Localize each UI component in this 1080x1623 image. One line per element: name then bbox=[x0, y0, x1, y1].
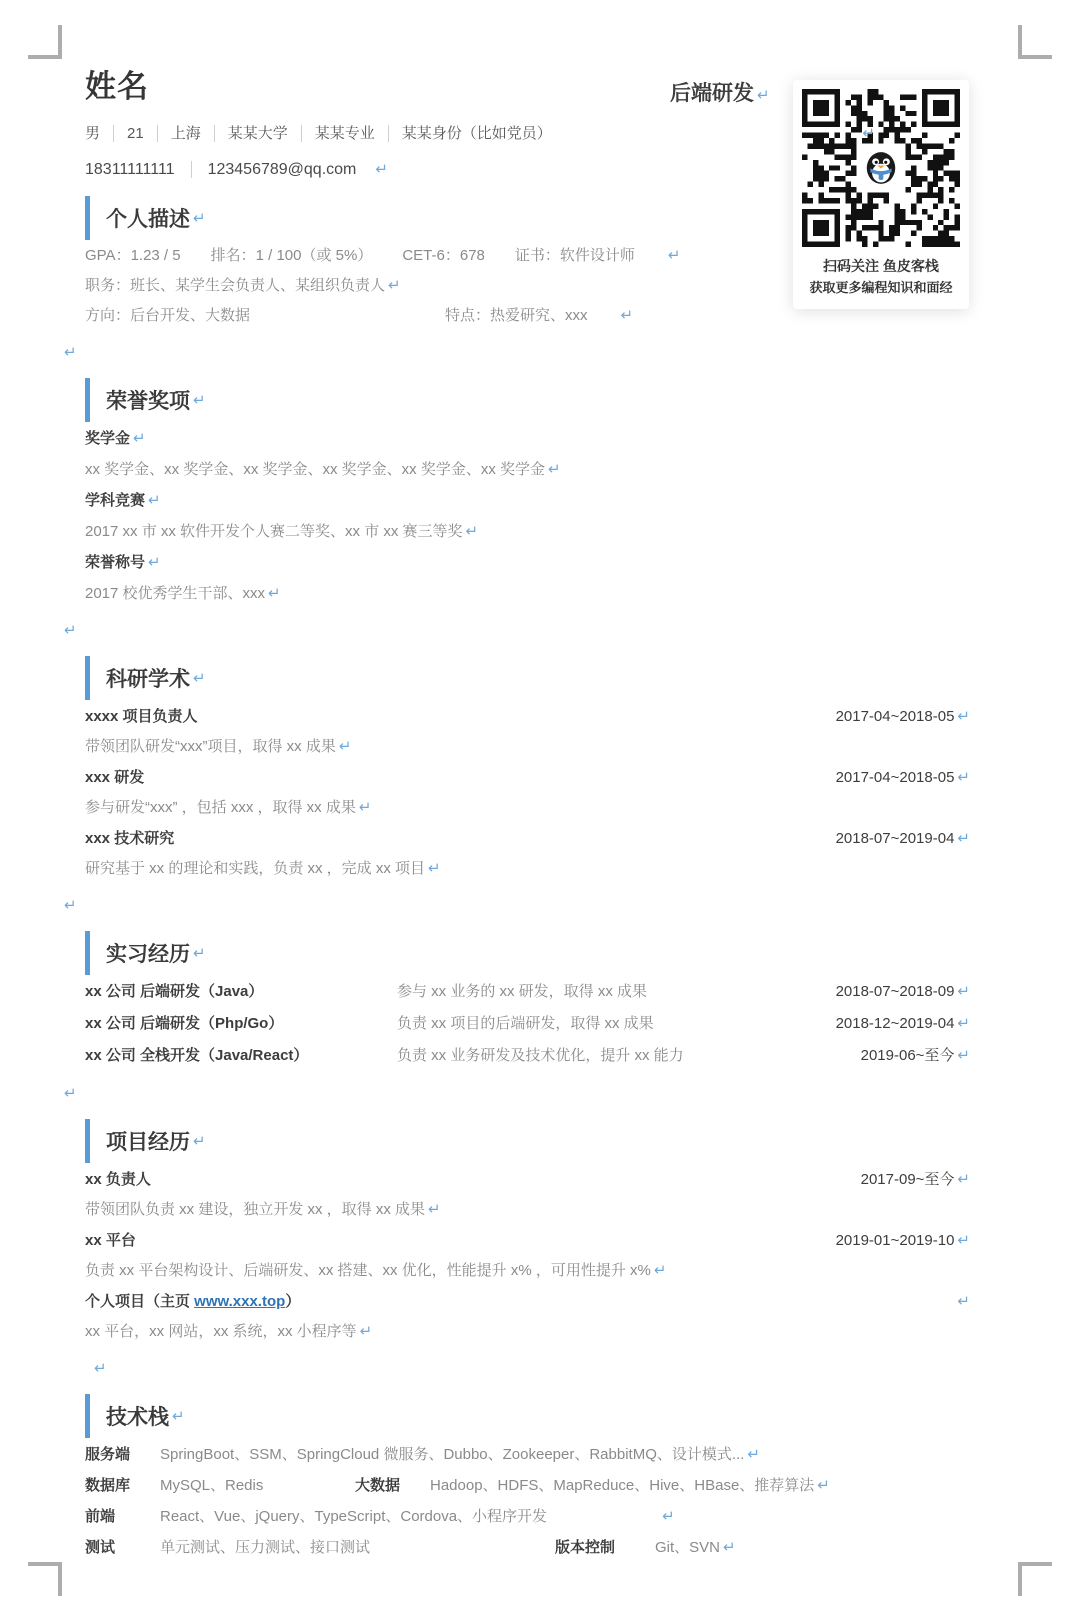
research-role: xxx 研发 bbox=[85, 762, 144, 793]
pilcrow-mark: ↵ bbox=[375, 161, 388, 178]
project-item-head: xx 负责人 2017-09~至今↵ bbox=[85, 1164, 970, 1195]
section-projects: 项目经历↵ xx 负责人 2017-09~至今↵ 带领团队负责 xx 建设，独立… bbox=[85, 1118, 970, 1347]
section-research: 科研学术↵ xxxx 项目负责人 2017-04~2018-05↵ 带领团队研发… bbox=[85, 655, 970, 884]
internship-row: xx 公司 后端研发（Php/Go） 负责 xx 项目的后端研发，取得 xx 成… bbox=[85, 1008, 970, 1040]
internship-row: xx 公司 后端研发（Java） 参与 xx 业务的 xx 研发，取得 xx 成… bbox=[85, 976, 970, 1008]
tech-label: 版本控制 bbox=[555, 1532, 655, 1563]
tech-row-server: 服务端 SpringBoot、SSM、SpringCloud 微服务、Dubbo… bbox=[85, 1439, 970, 1470]
basic-info-line: 男21上海某某大学某某专业某某身份（比如党员） ↵ bbox=[85, 122, 875, 146]
research-date-wrap: 2017-04~2018-05↵ bbox=[836, 762, 970, 793]
section-honors: 荣誉奖项↵ 奖学金↵ xx 奖学金、xx 奖学金、xx 奖学金、xx 奖学金、x… bbox=[85, 377, 970, 609]
gpa-value: GPA：1.23 / 5 bbox=[85, 241, 181, 271]
pilcrow-mark: ↵ bbox=[621, 301, 634, 331]
pilcrow-mark: ↵ bbox=[957, 769, 970, 786]
pilcrow-mark: ↵ bbox=[548, 461, 561, 478]
pilcrow-mark: ↵ bbox=[957, 1286, 970, 1317]
internship-date: 2018-07~2018-09 bbox=[836, 983, 955, 1000]
pilcrow-mark: ↵ bbox=[360, 1323, 373, 1340]
pilcrow-mark: ↵ bbox=[148, 492, 161, 509]
pilcrow-mark: ↵ bbox=[957, 830, 970, 847]
honor-detail: xx 奖学金、xx 奖学金、xx 奖学金、xx 奖学金、xx 奖学金、xx 奖学… bbox=[85, 454, 970, 485]
tech-value: React、Vue、jQuery、TypeScript、Cordova、小程序开… bbox=[160, 1501, 547, 1532]
research-item-head: xxx 技术研究 2018-07~2019-04↵ bbox=[85, 823, 970, 854]
research-role: xxxx 项目负责人 bbox=[85, 701, 198, 732]
research-date: 2018-07~2019-04 bbox=[836, 830, 955, 847]
internship-date: 2018-12~2019-04 bbox=[836, 1015, 955, 1032]
info-age: 21 bbox=[113, 125, 157, 142]
research-desc: 研究基于 xx 的理论和实践，负责 xx ，完成 xx 项目↵ bbox=[85, 854, 970, 884]
direction-line: 方向：后台开发、大数据 特点：热爱研究、xxx ↵ bbox=[85, 301, 970, 331]
section-title: 荣誉奖项↵ bbox=[85, 377, 970, 423]
internship-role: xx 公司 后端研发（Java） bbox=[85, 976, 397, 1008]
personal-project-suffix: ） bbox=[285, 1293, 300, 1310]
pilcrow-mark: ↵ bbox=[193, 669, 206, 687]
pilcrow-mark: ↵ bbox=[817, 1477, 830, 1494]
personal-stats-line: GPA：1.23 / 5 排名：1 / 100（或 5%） CET-6：678 … bbox=[85, 241, 970, 271]
crop-mark-top-left bbox=[28, 25, 62, 59]
pilcrow-mark: ↵ bbox=[193, 1132, 206, 1150]
internship-date-wrap: 2018-12~2019-04↵ bbox=[836, 1008, 970, 1040]
project-desc: 带领团队负责 xx 建设，独立开发 xx ，取得 xx 成果↵ bbox=[85, 1195, 970, 1225]
tech-label: 前端 bbox=[85, 1501, 160, 1532]
trait-value: 特点：热爱研究、xxx bbox=[445, 301, 588, 331]
personal-project-desc: xx 平台，xx 网站，xx 系统，xx 小程序等↵ bbox=[85, 1317, 970, 1347]
certificate-value: 证书：软件设计师 bbox=[515, 241, 635, 271]
tech-value: SpringBoot、SSM、SpringCloud 微服务、Dubbo、Zoo… bbox=[160, 1439, 760, 1470]
research-desc: 参与研发“xxx” ，包括 xxx ，取得 xx 成果↵ bbox=[85, 793, 970, 823]
research-item: xxx 研发 2017-04~2018-05↵ 参与研发“xxx” ，包括 xx… bbox=[85, 762, 970, 823]
honor-category: 奖学金↵ bbox=[85, 423, 970, 454]
pilcrow-mark: ↵ bbox=[862, 122, 875, 146]
internship-desc: 参与 xx 业务的 xx 研发，取得 xx 成果 bbox=[397, 976, 836, 1008]
research-item-head: xxxx 项目负责人 2017-04~2018-05↵ bbox=[85, 701, 970, 732]
internship-desc: 负责 xx 业务研发及技术优化，提升 xx 能力 bbox=[397, 1040, 861, 1072]
resume-page: 扫码关注 鱼皮客栈 获取更多编程知识和面经 姓名 后端研发↵ 男21上海某某大学… bbox=[0, 0, 1080, 1623]
research-item: xxx 技术研究 2018-07~2019-04↵ 研究基于 xx 的理论和实践… bbox=[85, 823, 970, 884]
rank-value: 排名：1 / 100（或 5%） bbox=[211, 241, 373, 271]
section-tech-stack: 技术栈↵ 服务端 SpringBoot、SSM、SpringCloud 微服务、… bbox=[85, 1393, 970, 1563]
direction-value: 方向：后台开发、大数据 bbox=[85, 301, 445, 331]
pilcrow-mark: ↵ bbox=[723, 1539, 736, 1556]
personal-project-text: 个人项目（主页 www.xxx.top） bbox=[85, 1286, 300, 1317]
tech-value: Git、SVN↵ bbox=[655, 1532, 736, 1563]
job-target: 后端研发↵ bbox=[670, 77, 770, 107]
pilcrow-mark: ↵ bbox=[339, 738, 352, 755]
resume-content: 姓名 后端研发↵ 男21上海某某大学某某专业某某身份（比如党员） ↵ 18311… bbox=[85, 68, 970, 1563]
project-item: xx 负责人 2017-09~至今↵ 带领团队负责 xx 建设，独立开发 xx … bbox=[85, 1164, 970, 1225]
research-role: xxx 技术研究 bbox=[85, 823, 174, 854]
pilcrow-mark: ↵ bbox=[957, 1015, 970, 1032]
pilcrow-mark: ↵ bbox=[662, 1501, 675, 1532]
empty-paragraph-mark: ↵ bbox=[61, 341, 970, 365]
research-item-head: xxx 研发 2017-04~2018-05↵ bbox=[85, 762, 970, 793]
section-title: 实习经历↵ bbox=[85, 930, 970, 976]
project-date-wrap: 2019-01~2019-10↵ bbox=[836, 1225, 970, 1256]
research-desc: 带领团队研发“xxx”项目，取得 xx 成果↵ bbox=[85, 732, 970, 762]
section-title: 技术栈↵ bbox=[85, 1393, 970, 1439]
cet6-value: CET-6：678 bbox=[402, 241, 485, 271]
personal-project-prefix: 个人项目（主页 bbox=[85, 1293, 194, 1310]
project-date-wrap: 2017-09~至今↵ bbox=[861, 1164, 970, 1195]
pilcrow-mark: ↵ bbox=[957, 1171, 970, 1188]
internship-desc: 负责 xx 项目的后端研发，取得 xx 成果 bbox=[397, 1008, 836, 1040]
tech-label: 服务端 bbox=[85, 1439, 160, 1470]
pilcrow-mark: ↵ bbox=[747, 1446, 760, 1463]
homepage-link[interactable]: www.xxx.top bbox=[194, 1293, 285, 1310]
section-title: 科研学术↵ bbox=[85, 655, 970, 701]
pilcrow-mark: ↵ bbox=[388, 277, 401, 294]
internship-role: xx 公司 全栈开发（Java/React） bbox=[85, 1040, 397, 1072]
research-date: 2017-04~2018-05 bbox=[836, 708, 955, 725]
pilcrow-mark: ↵ bbox=[172, 1407, 185, 1425]
phone-number: 18311111111 bbox=[85, 161, 191, 178]
research-item: xxxx 项目负责人 2017-04~2018-05↵ 带领团队研发“xxx”项… bbox=[85, 701, 970, 762]
pilcrow-mark: ↵ bbox=[466, 523, 479, 540]
header: 姓名 后端研发↵ 男21上海某某大学某某专业某某身份（比如党员） ↵ 18311… bbox=[85, 68, 970, 183]
research-date: 2017-04~2018-05 bbox=[836, 769, 955, 786]
info-city: 上海 bbox=[157, 125, 214, 142]
contact-line: 18311111111123456789@qq.com↵ bbox=[85, 157, 970, 183]
info-major: 某某专业 bbox=[301, 125, 388, 142]
project-desc: 负责 xx 平台架构设计、后端研发、xx 搭建、xx 优化，性能提升 x% ，可… bbox=[85, 1256, 970, 1286]
pilcrow-mark: ↵ bbox=[668, 241, 681, 271]
crop-mark-bottom-left bbox=[28, 1562, 62, 1596]
project-item-head: xx 平台 2019-01~2019-10↵ bbox=[85, 1225, 970, 1256]
internship-date: 2019-06~至今 bbox=[861, 1047, 955, 1064]
tech-label: 测试 bbox=[85, 1532, 160, 1563]
info-university: 某某大学 bbox=[214, 125, 301, 142]
project-item: xx 平台 2019-01~2019-10↵ 负责 xx 平台架构设计、后端研发… bbox=[85, 1225, 970, 1286]
pilcrow-mark: ↵ bbox=[193, 944, 206, 962]
tech-value: Hadoop、HDFS、MapReduce、Hive、HBase、推荐算法↵ bbox=[430, 1470, 830, 1501]
pilcrow-mark: ↵ bbox=[359, 799, 372, 816]
pilcrow-mark: ↵ bbox=[957, 1232, 970, 1249]
pilcrow-mark: ↵ bbox=[654, 1262, 667, 1279]
section-title: 项目经历↵ bbox=[85, 1118, 970, 1164]
pilcrow-mark: ↵ bbox=[957, 708, 970, 725]
internship-date-wrap: 2018-07~2018-09↵ bbox=[836, 976, 970, 1008]
section-internship: 实习经历↵ xx 公司 后端研发（Java） 参与 xx 业务的 xx 研发，取… bbox=[85, 930, 970, 1072]
pilcrow-mark: ↵ bbox=[148, 554, 161, 571]
pilcrow-mark: ↵ bbox=[133, 430, 146, 447]
tech-row-frontend: 前端 React、Vue、jQuery、TypeScript、Cordova、小… bbox=[85, 1501, 970, 1532]
empty-paragraph-mark: ↵ bbox=[91, 1357, 970, 1381]
pilcrow-mark: ↵ bbox=[268, 585, 281, 602]
tech-value: MySQL、Redis bbox=[160, 1470, 355, 1501]
internship-role: xx 公司 后端研发（Php/Go） bbox=[85, 1008, 397, 1040]
internship-date-wrap: 2019-06~至今↵ bbox=[861, 1040, 970, 1072]
empty-paragraph-mark: ↵ bbox=[61, 619, 970, 643]
research-date-wrap: 2018-07~2019-04↵ bbox=[836, 823, 970, 854]
pilcrow-mark: ↵ bbox=[428, 860, 441, 877]
empty-paragraph-mark: ↵ bbox=[61, 894, 970, 918]
project-role: xx 负责人 bbox=[85, 1164, 151, 1195]
section-title: 个人描述↵ bbox=[85, 195, 970, 241]
honor-category: 荣誉称号↵ bbox=[85, 547, 970, 578]
pilcrow-mark: ↵ bbox=[757, 87, 770, 104]
honor-detail: 2017 校优秀学生干部、xxx↵ bbox=[85, 578, 970, 609]
internship-row: xx 公司 全栈开发（Java/React） 负责 xx 业务研发及技术优化，提… bbox=[85, 1040, 970, 1072]
tech-label: 大数据 bbox=[355, 1470, 430, 1501]
duty-line: 职务：班长、某学生会负责人、某组织负责人↵ bbox=[85, 271, 970, 301]
crop-mark-top-right bbox=[1018, 25, 1052, 59]
section-personal-description: 个人描述↵ GPA：1.23 / 5 排名：1 / 100（或 5%） CET-… bbox=[85, 195, 970, 331]
candidate-name: 姓名 bbox=[85, 68, 970, 106]
tab-gap bbox=[547, 1501, 659, 1532]
project-date: 2019-01~2019-10 bbox=[836, 1232, 955, 1249]
honor-category: 学科竞赛↵ bbox=[85, 485, 970, 516]
pilcrow-mark: ↵ bbox=[428, 1201, 441, 1218]
tech-row-database: 数据库 MySQL、Redis 大数据 Hadoop、HDFS、MapReduc… bbox=[85, 1470, 970, 1501]
pilcrow-mark: ↵ bbox=[193, 391, 206, 409]
tech-label: 数据库 bbox=[85, 1470, 160, 1501]
research-date-wrap: 2017-04~2018-05↵ bbox=[836, 701, 970, 732]
info-gender: 男 bbox=[85, 125, 113, 142]
pilcrow-mark: ↵ bbox=[957, 983, 970, 1000]
email-address: 123456789@qq.com bbox=[191, 161, 373, 178]
tech-row-testing: 测试 单元测试、压力测试、接口测试 版本控制 Git、SVN↵ bbox=[85, 1532, 970, 1563]
crop-mark-bottom-right bbox=[1018, 1562, 1052, 1596]
personal-project-line: 个人项目（主页 www.xxx.top） ↵ bbox=[85, 1286, 970, 1317]
pilcrow-mark: ↵ bbox=[957, 1047, 970, 1064]
empty-paragraph-mark: ↵ bbox=[61, 1082, 970, 1106]
project-date: 2017-09~至今 bbox=[861, 1171, 955, 1188]
project-role: xx 平台 bbox=[85, 1225, 136, 1256]
honor-detail: 2017 xx 市 xx 软件开发个人赛二等奖、xx 市 xx 赛三等奖↵ bbox=[85, 516, 970, 547]
info-identity: 某某身份（比如党员） bbox=[388, 125, 565, 142]
tech-value: 单元测试、压力测试、接口测试 bbox=[160, 1532, 555, 1563]
pilcrow-mark: ↵ bbox=[193, 209, 206, 227]
